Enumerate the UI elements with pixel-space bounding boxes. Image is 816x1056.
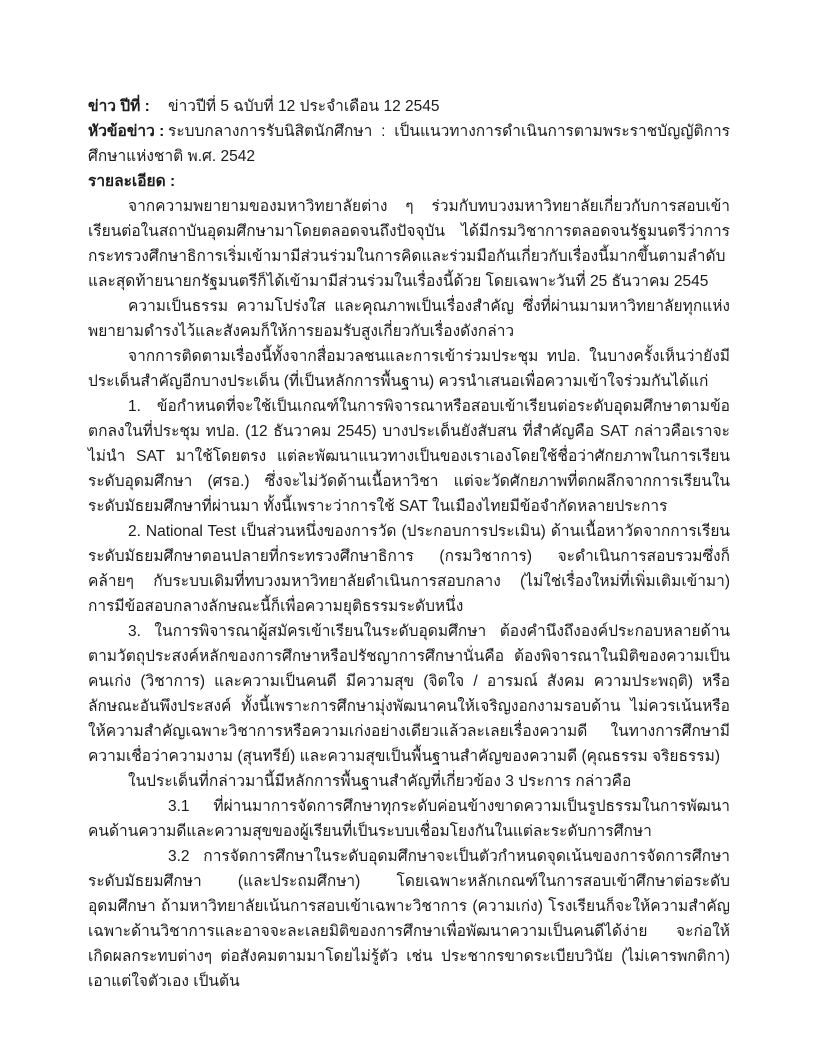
details-label: รายละเอียด : [88,169,175,194]
paragraph-item-1: 1. ข้อกำหนดที่จะใช้เป็นเกณฑ์ในการพิจารณา… [88,394,730,519]
paragraph-intro: จากความพยายามของมหาวิทยาลัยต่าง ๆ ร่วมกั… [88,194,730,294]
document-page: ข่าว ปีที่ :ข่าวปีที่ 5 ฉบับที่ 12 ประจำ… [0,0,816,1056]
topic-label: หัวข้อข่าว : [88,119,168,144]
paragraph-principles-lead: ในประเด็นที่กล่าวมานี้มีหลักการพื้นฐานสำ… [88,769,730,794]
paragraph-item-3-2: 3.2 การจัดการศึกษาในระดับอุดมศึกษาจะเป็น… [88,844,730,994]
paragraph-item-2: 2. National Test เป็นส่วนหนึ่งของการวัด … [88,519,730,619]
document-header: ข่าว ปีที่ :ข่าวปีที่ 5 ฉบับที่ 12 ประจำ… [88,94,730,194]
issue-value: ข่าวปีที่ 5 ฉบับที่ 12 ประจำเดือน 12 254… [168,98,439,115]
issue-line: ข่าว ปีที่ :ข่าวปีที่ 5 ฉบับที่ 12 ประจำ… [88,94,730,119]
issue-label: ข่าว ปีที่ : [88,94,168,119]
details-line: รายละเอียด : [88,169,730,194]
topic-value: ระบบกลางการรับนิสิตนักศึกษา : เป็นแนวทาง… [88,123,730,165]
paragraph-followup: จากการติดตามเรื่องนี้ทั้งจากสื่อมวลชนและ… [88,344,730,394]
paragraph-fairness: ความเป็นธรรม ความโปร่งใส และคุณภาพเป็นเร… [88,294,730,344]
paragraph-item-3-1: 3.1 ที่ผ่านมาการจัดการศึกษาทุกระดับค่อนข… [88,794,730,844]
topic-line: หัวข้อข่าว :ระบบกลางการรับนิสิตนักศึกษา … [88,119,730,169]
document-body: จากความพยายามของมหาวิทยาลัยต่าง ๆ ร่วมกั… [88,194,730,994]
paragraph-item-3: 3. ในการพิจารณาผู้สมัครเข้าเรียนในระดับอ… [88,619,730,769]
